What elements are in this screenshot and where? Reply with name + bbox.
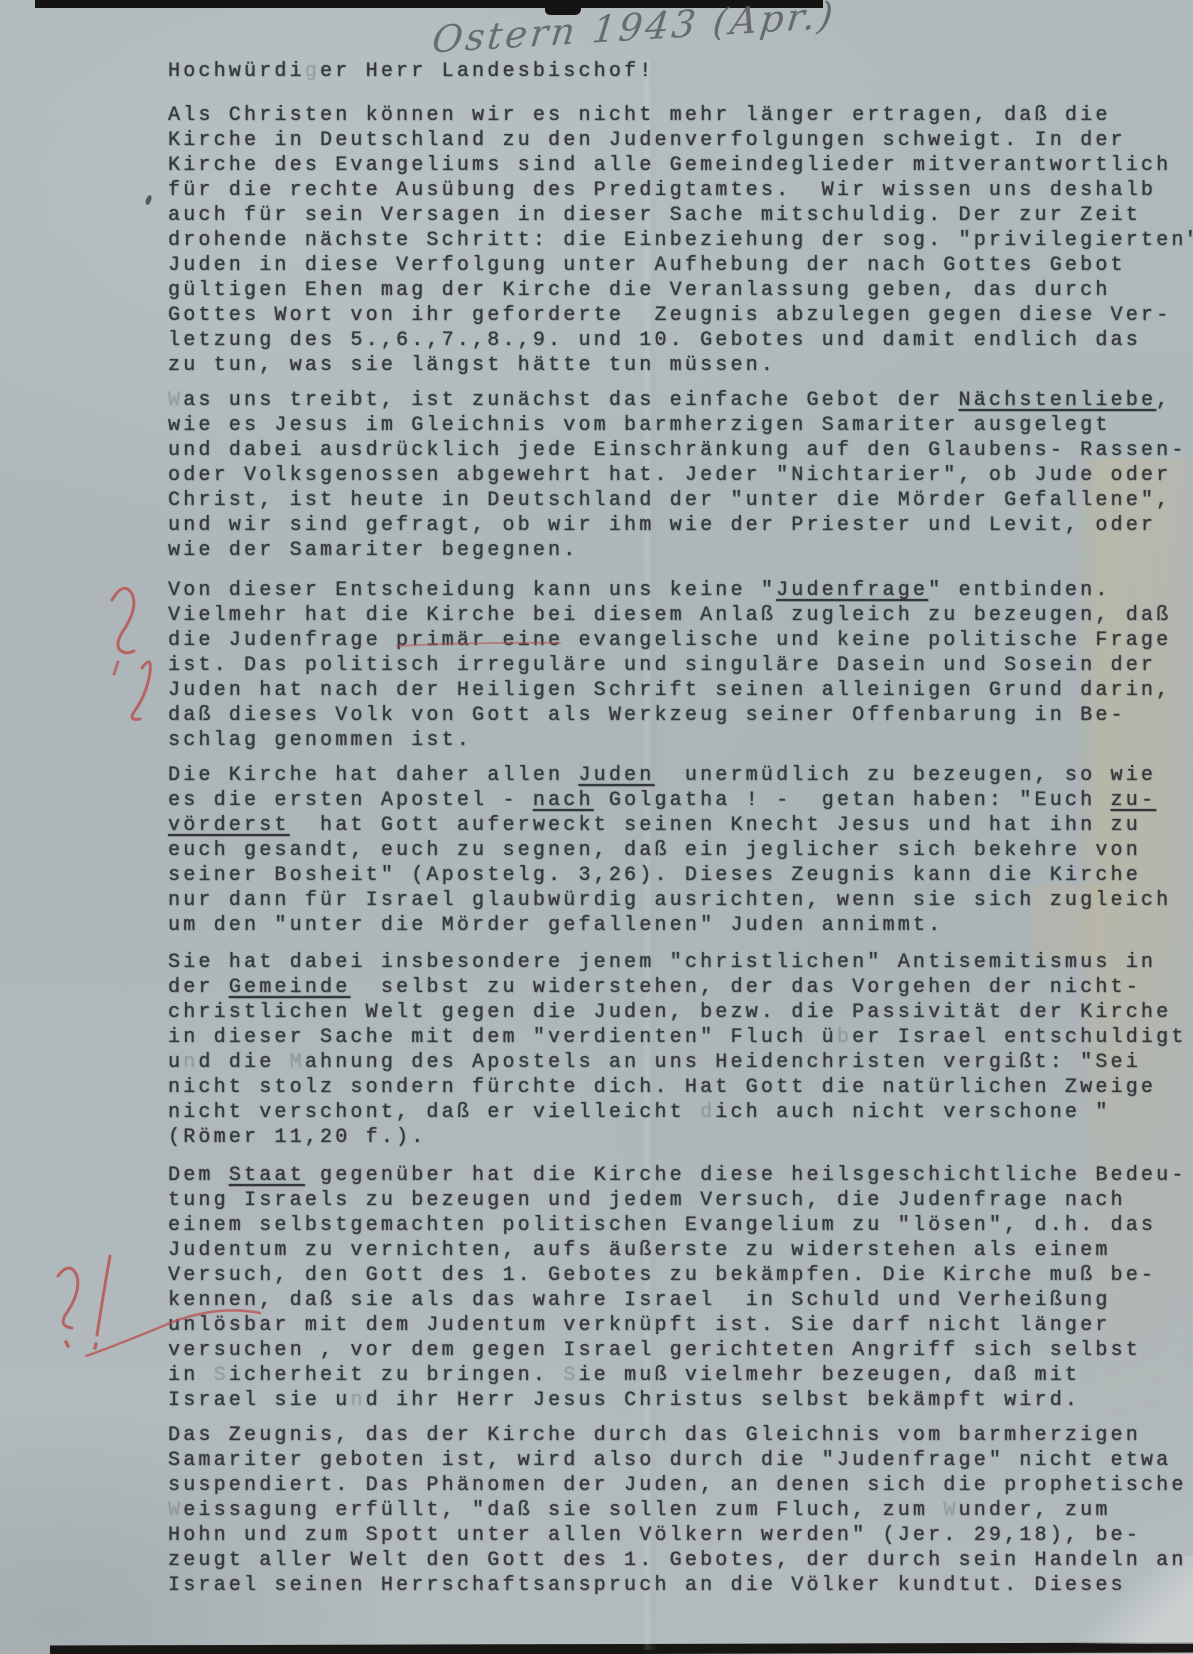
faded-character: n (350, 1389, 365, 1412)
text-run: und wir sind gefragt, ob wir ihm wie der… (168, 514, 1156, 537)
faded-character: g (305, 60, 320, 83)
text-run: ich auch nicht verschone " (715, 1101, 1110, 1124)
typewritten-line: Versuch, den Gott des 1. Gebotes zu bekä… (168, 1263, 1158, 1288)
typewritten-line: es die ersten Apostel - nach Golgatha ! … (168, 788, 1158, 813)
text-run: Versuch, den Gott des 1. Gebotes zu bekä… (168, 1264, 1156, 1287)
typewritten-line: Juden hat nach der Heiligen Schrift sein… (168, 678, 1158, 703)
typewritten-line: Kirche des Evangeliums sind alle Gemeind… (168, 153, 1158, 178)
text-run: (Römer 11,20 f.). (168, 1126, 426, 1149)
typewritten-line: unlösbar mit dem Judentum verknüpft ist.… (168, 1313, 1158, 1338)
text-run: auch für sein Versagen in dieser Sache m… (168, 204, 1141, 227)
text-run: icherheit zu bringen. (229, 1364, 563, 1387)
text-run: Christ, ist heute in Deutschland der "un… (168, 489, 1171, 512)
text-run: daß dieses Volk von Gott als Werkzeug se… (168, 704, 1126, 727)
text-run: zu tun, was sie längst hätte tun müssen. (168, 354, 776, 377)
text-run: unermüdlich zu bezeugen, so wie (654, 764, 1156, 787)
text-run: hat Gott auferweckt seinen Knecht Jesus … (290, 814, 1141, 837)
text-run: Vielmehr hat die Kirche bei diesem Anlaß… (168, 604, 1171, 627)
typewritten-line: gültigen Ehen mag der Kirche die Veranla… (168, 278, 1158, 303)
handwritten-date-note: Ostern 1943 (Apr.) (430, 0, 838, 62)
typewritten-line: Die Kirche hat daher allen Juden unermüd… (168, 763, 1158, 788)
faded-character: W (168, 389, 183, 412)
paragraph: Die Kirche hat daher allen Juden unermüd… (168, 763, 1158, 938)
typewritten-line: auch für sein Versagen in dieser Sache m… (168, 203, 1158, 228)
text-run: letzung des 5.,6.,7.,8.,9. und 10. Gebot… (168, 329, 1141, 352)
underlined-word: Staat (229, 1164, 305, 1187)
typewritten-line: wie es Jesus im Gleichnis vom barmherzig… (168, 413, 1158, 438)
typewritten-line: Kirche in Deutschland zu den Judenverfol… (168, 128, 1158, 153)
text-run: Von dieser Entscheidung kann uns keine " (168, 579, 776, 602)
paragraph: Das Zeugnis, das der Kirche durch das Gl… (168, 1423, 1158, 1598)
underlined-word: Judenfrage (776, 579, 928, 602)
text-run: Kirche des Evangeliums sind alle Gemeind… (168, 154, 1171, 177)
text-run: nur dann für Israel glaubwürdig ausricht… (168, 889, 1171, 912)
typewritten-line: schlag genommen ist. (168, 728, 1158, 753)
text-run: under, zum (959, 1499, 1111, 1522)
text-run: seiner Bosheit" (Apostelg. 3,26). Dieses… (168, 864, 1141, 887)
typewritten-line: euch gesandt, euch zu segnen, daß ein je… (168, 838, 1158, 863)
typewritten-line: kennen, daß sie als das wahre Israel in … (168, 1288, 1158, 1313)
text-run: eissagung erfüllt, "daß sie sollen zum F… (183, 1499, 943, 1522)
faded-character: b (837, 1026, 852, 1049)
typewritten-line: nicht verschont, daß er vielleicht dich … (168, 1100, 1158, 1125)
underlined-word: zu- (1111, 789, 1157, 812)
text-run: Gottes Wort von ihr geforderte Zeugnis a… (168, 304, 1171, 327)
red-exclamation-dot (95, 1344, 96, 1348)
typewritten-line: und wir sind gefragt, ob wir ihm wie der… (168, 513, 1158, 538)
text-run: Das Zeugnis, das der Kirche durch das Gl… (168, 1424, 1141, 1447)
scanned-letter-page: Ostern 1943 (Apr.) Hochwürdiger Herr Lan… (0, 0, 1193, 1654)
text-run: um den "unter die Mörder gefallenen" Jud… (168, 914, 943, 937)
text-run: einem selbstgemachten politischen Evange… (168, 1214, 1156, 1237)
typewritten-line: Das Zeugnis, das der Kirche durch das Gl… (168, 1423, 1158, 1448)
typewritten-line: und dabei ausdrücklich jede Einschränkun… (168, 438, 1158, 463)
typewritten-line: Als Christen können wir es nicht mehr lä… (168, 103, 1158, 128)
text-run: nicht stolz sondern fürchte dich. Hat Go… (168, 1076, 1156, 1099)
typewritten-line: ist. Das politisch irreguläre und singul… (168, 653, 1158, 678)
text-run: kennen, daß sie als das wahre Israel in … (168, 1289, 1111, 1312)
typewritten-line: Gottes Wort von ihr geforderte Zeugnis a… (168, 303, 1158, 328)
text-run: wie es Jesus im Gleichnis vom barmherzig… (168, 414, 1111, 437)
faded-character: W (168, 1499, 183, 1522)
text-run: zeugt aller Welt den Gott des 1. Gebotes… (168, 1549, 1187, 1572)
typewritten-line: vörderst hat Gott auferweckt seinen Knec… (168, 813, 1158, 838)
text-run: , (1156, 389, 1171, 412)
text-run: Golgatha ! - getan haben: "Euch (594, 789, 1111, 812)
text-run: ahnung des Apostels an uns Heidenchriste… (305, 1051, 1141, 1074)
faded-character: S (214, 1364, 229, 1387)
typewritten-line: in Sicherheit zu bringen. Sie muß vielme… (168, 1363, 1158, 1388)
typewritten-line: wie der Samariter begegnen. (168, 538, 1158, 563)
typewritten-line: Sie hat dabei insbesondere jenem "christ… (168, 950, 1158, 975)
typewritten-line: Samariter geboten ist, wird also durch d… (168, 1448, 1158, 1473)
typewritten-line: Judentum zu vernichten, aufs äußerste zu… (168, 1238, 1158, 1263)
typewritten-line: einem selbstgemachten politischen Evange… (168, 1213, 1158, 1238)
text-run: Kirche in Deutschland zu den Judenverfol… (168, 129, 1126, 152)
text-run: suspendiert. Das Phänomen der Juden, an … (168, 1474, 1187, 1497)
text-run: ie muß vielmehr bezeugen, daß mit (578, 1364, 1080, 1387)
text-column: Als Christen können wir es nicht mehr lä… (168, 103, 1158, 1598)
red-numeral-2-dot (66, 1342, 68, 1346)
paragraph: Sie hat dabei insbesondere jenem "christ… (168, 950, 1158, 1150)
faded-character: M (290, 1051, 305, 1074)
typewritten-line: Weissagung erfüllt, "daß sie sollen zum … (168, 1498, 1158, 1523)
typewritten-line: und die Mahnung des Apostels an uns Heid… (168, 1050, 1158, 1075)
underlined-word: Gemeinde (229, 976, 351, 999)
text-run: wie der Samariter begegnen. (168, 539, 578, 562)
red-exclamation-stroke (97, 1256, 110, 1335)
typewritten-line: der Gemeinde selbst zu widerstehen, der … (168, 975, 1158, 1000)
text-run: gültigen Ehen mag der Kirche die Veranla… (168, 279, 1111, 302)
typewritten-line: oder Volksgenossen abgewehrt hat. Jeder … (168, 463, 1158, 488)
text-run: " entbinden. (928, 579, 1110, 602)
text-run: Juden in diese Verfolgung unter Aufhebun… (168, 254, 1126, 277)
text-run: selbst zu widerstehen, der das Vorgehen … (350, 976, 1141, 999)
typewritten-line: Christ, ist heute in Deutschland der "un… (168, 488, 1158, 513)
typewritten-line: in dieser Sache mit dem "verdienten" Flu… (168, 1025, 1158, 1050)
faded-character: S (563, 1364, 578, 1387)
typewritten-line: zeugt aller Welt den Gott des 1. Gebotes… (168, 1548, 1158, 1573)
text-run: nicht verschont, daß er vielleicht (168, 1101, 700, 1124)
underlined-word: Nächstenliebe (959, 389, 1157, 412)
text-run: u (168, 1051, 183, 1074)
typewritten-line: Von dieser Entscheidung kann uns keine "… (168, 578, 1158, 603)
typewritten-line: tung Israels zu bezeugen und jedem Versu… (168, 1188, 1158, 1213)
red-squiggle-2-upper (112, 588, 134, 653)
text-run: in (168, 1364, 214, 1387)
text-run: und dabei ausdrücklich jede Einschränkun… (168, 439, 1187, 462)
ink-speck (145, 194, 153, 205)
text-run: d die (198, 1051, 289, 1074)
text-run: tung Israels zu bezeugen und jedem Versu… (168, 1189, 1126, 1212)
typewritten-line: Israel sie und ihr Herr Jesus Christus s… (168, 1388, 1158, 1413)
salutation: Hochwürdiger Herr Landesbischof! (168, 60, 654, 83)
text-run: Dem (168, 1164, 229, 1187)
text-run: drohende nächste Schritt: die Einbeziehu… (168, 229, 1193, 252)
underlined-word: Juden (578, 764, 654, 787)
faded-character: n (183, 1051, 198, 1074)
faded-character: d (700, 1101, 715, 1124)
typewritten-line: nur dann für Israel glaubwürdig ausricht… (168, 888, 1158, 913)
text-run: Israel seinen Herrschaftsanspruch an die… (168, 1574, 1126, 1597)
scan-edge-bottom (50, 1643, 1193, 1654)
text-run: Als Christen können wir es nicht mehr lä… (168, 104, 1111, 127)
text-run: christlichen Welt gegen die Juden, bezw.… (168, 1001, 1171, 1024)
text-run: gegenüber hat die Kirche diese heilsgesc… (305, 1164, 1187, 1187)
typewritten-line: daß dieses Volk von Gott als Werkzeug se… (168, 703, 1158, 728)
text-run: Juden hat nach der Heiligen Schrift sein… (168, 679, 1171, 702)
typewritten-line: suspendiert. Das Phänomen der Juden, an … (168, 1473, 1158, 1498)
red-numeral-2 (58, 1268, 78, 1328)
text-run: versuchen , vor dem gegen Israel gericht… (168, 1339, 1141, 1362)
paragraph: Von dieser Entscheidung kann uns keine "… (168, 578, 1158, 753)
typewritten-line: Israel seinen Herrschaftsanspruch an die… (168, 1573, 1158, 1598)
text-run: unlösbar mit dem Judentum verknüpft ist.… (168, 1314, 1111, 1337)
typewritten-line: für die rechte Ausübung des Predigtamtes… (168, 178, 1158, 203)
typewritten-line: Dem Staat gegenüber hat die Kirche diese… (168, 1163, 1158, 1188)
typewritten-line: letzung des 5.,6.,7.,8.,9. und 10. Gebot… (168, 328, 1158, 353)
text-run: die Judenfrage primär eine evangelische … (168, 629, 1171, 652)
typewritten-line: drohende nächste Schritt: die Einbeziehu… (168, 228, 1158, 253)
paragraph: Was uns treibt, ist zunächst das einfach… (168, 388, 1158, 563)
text-run: Sie hat dabei insbesondere jenem "christ… (168, 951, 1156, 974)
text-run: der (168, 976, 229, 999)
typewritten-line: (Römer 11,20 f.). (168, 1125, 1158, 1150)
typewritten-line: Vielmehr hat die Kirche bei diesem Anlaß… (168, 603, 1158, 628)
typewritten-line: um den "unter die Mörder gefallenen" Jud… (168, 913, 1158, 938)
text-run: er Israel entschuldigt (852, 1026, 1186, 1049)
red-squiggle-2-lower-tick (114, 662, 118, 674)
typewritten-line: seiner Bosheit" (Apostelg. 3,26). Dieses… (168, 863, 1158, 888)
typewritten-line: versuchen , vor dem gegen Israel gericht… (168, 1338, 1158, 1363)
text-run: Hochwürdi (168, 60, 305, 83)
red-squiggle-2-lower (132, 662, 150, 719)
text-run: schlag genommen ist. (168, 729, 472, 752)
underlined-word: vörderst (168, 814, 290, 837)
text-run: euch gesandt, euch zu segnen, daß ein je… (168, 839, 1141, 862)
text-run: für die rechte Ausübung des Predigtamtes… (168, 179, 1156, 202)
text-run: Die Kirche hat daher allen (168, 764, 578, 787)
underlined-word: nach (533, 789, 594, 812)
text-run: Israel sie u (168, 1389, 350, 1412)
typewritten-line: christlichen Welt gegen die Juden, bezw.… (168, 1000, 1158, 1025)
typewritten-line: zu tun, was sie längst hätte tun müssen. (168, 353, 1158, 378)
typewritten-line: nicht stolz sondern fürchte dich. Hat Go… (168, 1075, 1158, 1100)
text-run: d ihr Herr Jesus Christus selbst bekämpf… (366, 1389, 1081, 1412)
typewritten-line: Was uns treibt, ist zunächst das einfach… (168, 388, 1158, 413)
text-run: Judentum zu vernichten, aufs äußerste zu… (168, 1239, 1111, 1262)
text-run: as uns treibt, ist zunächst das einfache… (183, 389, 958, 412)
text-run: oder Volksgenossen abgewehrt hat. Jeder … (168, 464, 1171, 487)
text-run: es die ersten Apostel - (168, 789, 533, 812)
faded-character: W (943, 1499, 958, 1522)
typewritten-line: die Judenfrage primär eine evangelische … (168, 628, 1158, 653)
text-run: Hohn und zum Spott unter allen Völkern w… (168, 1524, 1141, 1547)
text-run: er Herr Landesbischof! (320, 60, 654, 83)
typewritten-line: Juden in diese Verfolgung unter Aufhebun… (168, 253, 1158, 278)
typewritten-line: Hohn und zum Spott unter allen Völkern w… (168, 1523, 1158, 1548)
text-run: in dieser Sache mit dem "verdienten" Flu… (168, 1026, 837, 1049)
paragraph: Als Christen können wir es nicht mehr lä… (168, 103, 1158, 378)
paragraph: Dem Staat gegenüber hat die Kirche diese… (168, 1163, 1158, 1413)
text-run: Samariter geboten ist, wird also durch d… (168, 1449, 1171, 1472)
text-run: ist. Das politisch irreguläre und singul… (168, 654, 1156, 677)
